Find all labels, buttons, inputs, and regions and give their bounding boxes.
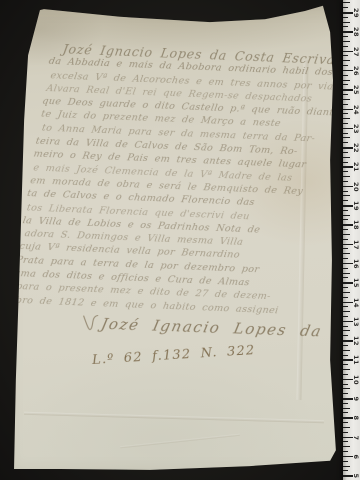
ruler-tick — [343, 22, 350, 23]
ruler-tick — [343, 316, 348, 317]
ruler-tick — [343, 470, 348, 471]
ruler-tick — [343, 432, 348, 433]
ruler-tick — [343, 17, 348, 18]
ruler-label: 13 — [351, 317, 360, 327]
ruler-tick — [343, 258, 348, 259]
ruler-tick — [343, 306, 348, 307]
paper-crease — [24, 412, 324, 423]
ruler-tick — [343, 113, 348, 114]
ruler-tick — [343, 345, 348, 346]
ruler-tick — [343, 292, 350, 293]
ruler-tick — [343, 239, 348, 240]
ruler-tick — [343, 99, 350, 100]
ruler-tick — [343, 268, 348, 269]
paper-crease — [120, 434, 240, 449]
ruler-tick — [343, 104, 348, 105]
ruler-tick — [343, 297, 348, 298]
ruler: 2928272625242322212019181716151413121110… — [343, 0, 360, 480]
ruler-tick — [343, 422, 348, 423]
ruler-tick — [343, 355, 348, 356]
ruler-tick — [343, 277, 348, 278]
ruler-tick — [343, 118, 350, 119]
ruler-label: 5 — [351, 471, 360, 480]
ruler-tick — [343, 123, 348, 124]
ruler-label: 10 — [351, 375, 360, 385]
ruler-tick — [343, 36, 348, 37]
ruler-label: 11 — [351, 355, 360, 365]
ruler-tick — [343, 412, 348, 413]
ruler-label: 6 — [351, 452, 360, 462]
manuscript-lines: Jozé Ignacio Lopes da Costa Escrivamda A… — [9, 42, 328, 317]
ruler-tick — [343, 195, 350, 196]
ruler-tick — [343, 94, 348, 95]
ruler-tick — [343, 162, 348, 163]
ruler-label: 22 — [351, 143, 360, 153]
ruler-tick — [343, 441, 348, 442]
ruler-tick — [343, 461, 348, 462]
ruler-tick — [343, 446, 350, 447]
ruler-tick — [343, 2, 350, 3]
ruler-tick — [343, 273, 350, 274]
ruler-label: 9 — [351, 394, 360, 404]
ruler-tick — [343, 374, 348, 375]
ruler-label: 20 — [351, 182, 360, 192]
ruler-label: 28 — [351, 27, 360, 37]
ruler-tick — [343, 46, 348, 47]
ruler-tick — [343, 364, 348, 365]
ruler-tick — [343, 142, 348, 143]
archival-notation: L.º 62 f.132 N. 322 — [92, 343, 256, 368]
ruler-label: 7 — [351, 433, 360, 443]
ruler-tick — [343, 408, 350, 409]
ruler-tick — [343, 200, 348, 201]
ruler-label: 18 — [351, 220, 360, 230]
ruler-label: 14 — [351, 298, 360, 308]
ruler-tick — [343, 393, 348, 394]
ruler-tick — [343, 335, 348, 336]
document-photograph: Jozé Ignacio Lopes da Costa Escrivamda A… — [0, 0, 360, 480]
ruler-label: 25 — [351, 85, 360, 95]
ruler-label: 21 — [351, 162, 360, 172]
ruler-tick — [343, 326, 348, 327]
ruler-label: 16 — [351, 259, 360, 269]
ruler-tick — [343, 157, 350, 158]
ruler-tick — [343, 253, 350, 254]
ruler-tick — [343, 75, 348, 76]
ruler-tick — [343, 7, 348, 8]
ruler-label: 23 — [351, 124, 360, 134]
ruler-tick — [343, 215, 350, 216]
ruler-tick — [343, 451, 348, 452]
ruler-tick — [343, 137, 350, 138]
ruler-tick — [343, 84, 348, 85]
ruler-tick — [343, 234, 350, 235]
ruler-label: 12 — [351, 336, 360, 346]
ruler-tick — [343, 330, 350, 331]
ruler-tick — [343, 191, 348, 192]
ruler-tick — [343, 427, 350, 428]
signature-block: Jozé Ignacio Lopes da Costa — [81, 308, 360, 350]
ruler-label: 29 — [351, 8, 360, 18]
ruler-label: 26 — [351, 66, 360, 76]
ruler-tick — [343, 55, 348, 56]
ruler-tick — [343, 369, 350, 370]
ruler-tick — [343, 26, 348, 27]
ruler-tick — [343, 388, 350, 389]
ruler-tick — [343, 181, 348, 182]
ruler-tick — [343, 350, 350, 351]
ruler-tick — [343, 384, 348, 385]
ruler-tick — [343, 403, 348, 404]
ruler-tick — [343, 60, 350, 61]
ruler-tick — [343, 65, 348, 66]
ruler-label: 8 — [351, 413, 360, 423]
ruler-tick — [343, 152, 348, 153]
ruler-tick — [343, 219, 348, 220]
ruler-tick — [343, 171, 348, 172]
ruler-label: 24 — [351, 105, 360, 115]
ruler-tick — [343, 41, 350, 42]
ruler-label: 27 — [351, 47, 360, 57]
ruler-label: 15 — [351, 278, 360, 288]
signature-lead-flourish-icon — [81, 312, 100, 335]
ruler-tick — [343, 311, 350, 312]
ruler-tick — [343, 80, 350, 81]
manuscript-paper: Jozé Ignacio Lopes da Costa Escrivamda A… — [0, 0, 360, 480]
ruler-tick — [343, 229, 348, 230]
ruler-tick — [343, 466, 350, 467]
ruler-tick — [343, 133, 348, 134]
ruler-tick — [343, 210, 348, 211]
ruler-label: 17 — [351, 240, 360, 250]
ruler-tick — [343, 248, 348, 249]
ruler-tick — [343, 176, 350, 177]
signature-text: Jozé Ignacio Lopes da Costa — [100, 315, 360, 343]
ruler-label: 19 — [351, 201, 360, 211]
ruler-tick — [343, 287, 348, 288]
